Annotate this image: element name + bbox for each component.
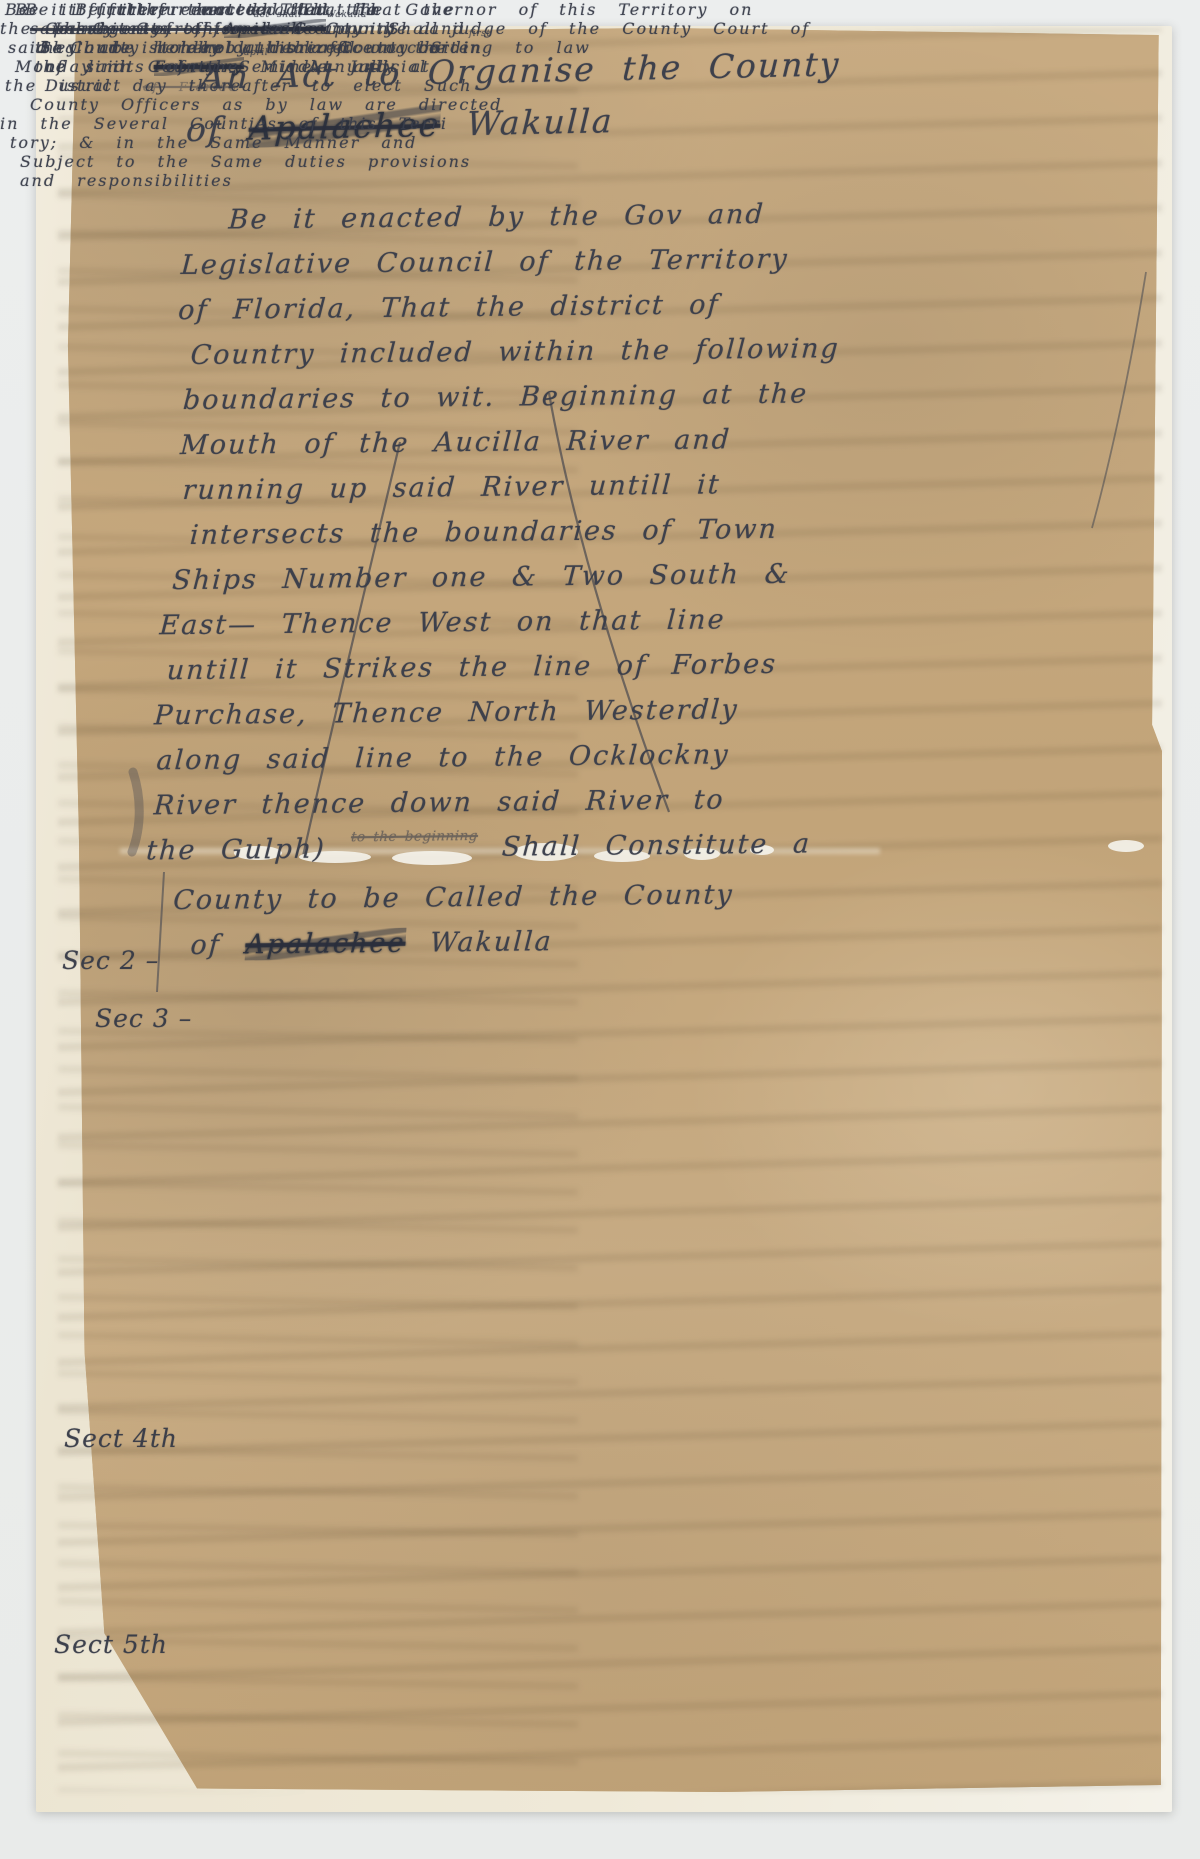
manuscript-line: and responsibilities	[0, 171, 502, 190]
section-label: Sec 2 –	[62, 946, 159, 975]
handwritten-text: of Florida, That the district of	[177, 289, 720, 326]
handwritten-text: Ships Number one & Two South &	[171, 559, 791, 596]
handwritten-text: Purchase, Thence North Westerdly	[153, 694, 739, 731]
handwritten-text: the Gulph)	[145, 833, 351, 866]
handwritten-text: Subject to the Same duties provisions	[20, 152, 471, 171]
handwritten-text: untill it Strikes the line of Forbes	[166, 649, 778, 686]
struck-text: Apalachee	[244, 928, 406, 961]
section-label: Sect 5th	[54, 1630, 168, 1659]
handwritten-text: and responsibilities	[20, 171, 233, 190]
manuscript-line: County Court for said County	[0, 19, 470, 38]
paragraph-lines: Be it enacted by the Gov andLegislative …	[139, 188, 1105, 968]
handwritten-text: of	[190, 929, 247, 961]
inserted-text: to the beginning	[350, 814, 480, 860]
section-label: Sect 4th	[64, 1424, 178, 1453]
struck-text: of Florida	[143, 79, 239, 94]
handwritten-text: Shall Constitute a	[476, 828, 812, 863]
handwritten-text: running up said River untill it	[182, 469, 722, 506]
enacting-paragraph: Be it enacted by the Gov andLegislative …	[139, 188, 1105, 968]
handwritten-text: County to be Called the County	[172, 879, 734, 916]
handwritten-text: Country included within the following	[190, 333, 841, 371]
manuscript-line: of said County Semi Annually	[0, 57, 470, 76]
handwritten-text: Be it further enacted That a	[25, 0, 378, 19]
handwritten-text: District	[45, 76, 143, 95]
handwritten-text: of said County Semi Annually	[45, 57, 396, 76]
manuscript-line: Be it further enacted That a	[0, 0, 470, 19]
handwritten-text: along said line to the Ocklockny	[156, 739, 731, 776]
manuscript-line: District of Florida	[0, 76, 483, 95]
handwritten-text: Legislative Council of the Territory	[180, 244, 789, 281]
section-label: Sec 3 –	[95, 1004, 192, 1033]
handwritten-text: Mouth of the Aucilla River and	[179, 424, 732, 461]
manuscript-line: tory; & in the Same Manner and	[0, 133, 502, 152]
handwritten-text: Wakulla	[405, 926, 554, 959]
manuscript-line: County Officers as by law are directed	[0, 95, 502, 114]
handwritten-text: County Officers as by law are directed	[30, 95, 502, 114]
handwritten-text: intersects the boundaries of Town	[189, 514, 779, 551]
handwritten-text: in the Several Counties of this Terri	[0, 114, 448, 133]
manuscript-line: in the Several Counties of this Terri	[0, 114, 502, 133]
handwritten-text: County Court for said County	[45, 19, 396, 38]
document-scan: An Act to Organise the Countyof Apalache…	[0, 0, 1200, 1859]
manuscript-line: Subject to the Same duties provisions	[0, 152, 502, 171]
handwritten-text: tory; & in the Same Manner and	[10, 133, 417, 152]
handwritten-text: Shall be holden at the County Site	[40, 38, 470, 57]
handwritten-text: Be it enacted by the Gov and	[228, 199, 766, 236]
section-lines: Be it further enacted That aCounty Court…	[0, 0, 470, 76]
handwritten-text: boundaries to wit. Beginning at the	[182, 378, 809, 416]
handwritten-text: East— Thence West on that line	[159, 604, 727, 641]
manuscript-line: Shall be holden at the County Site	[0, 38, 470, 57]
